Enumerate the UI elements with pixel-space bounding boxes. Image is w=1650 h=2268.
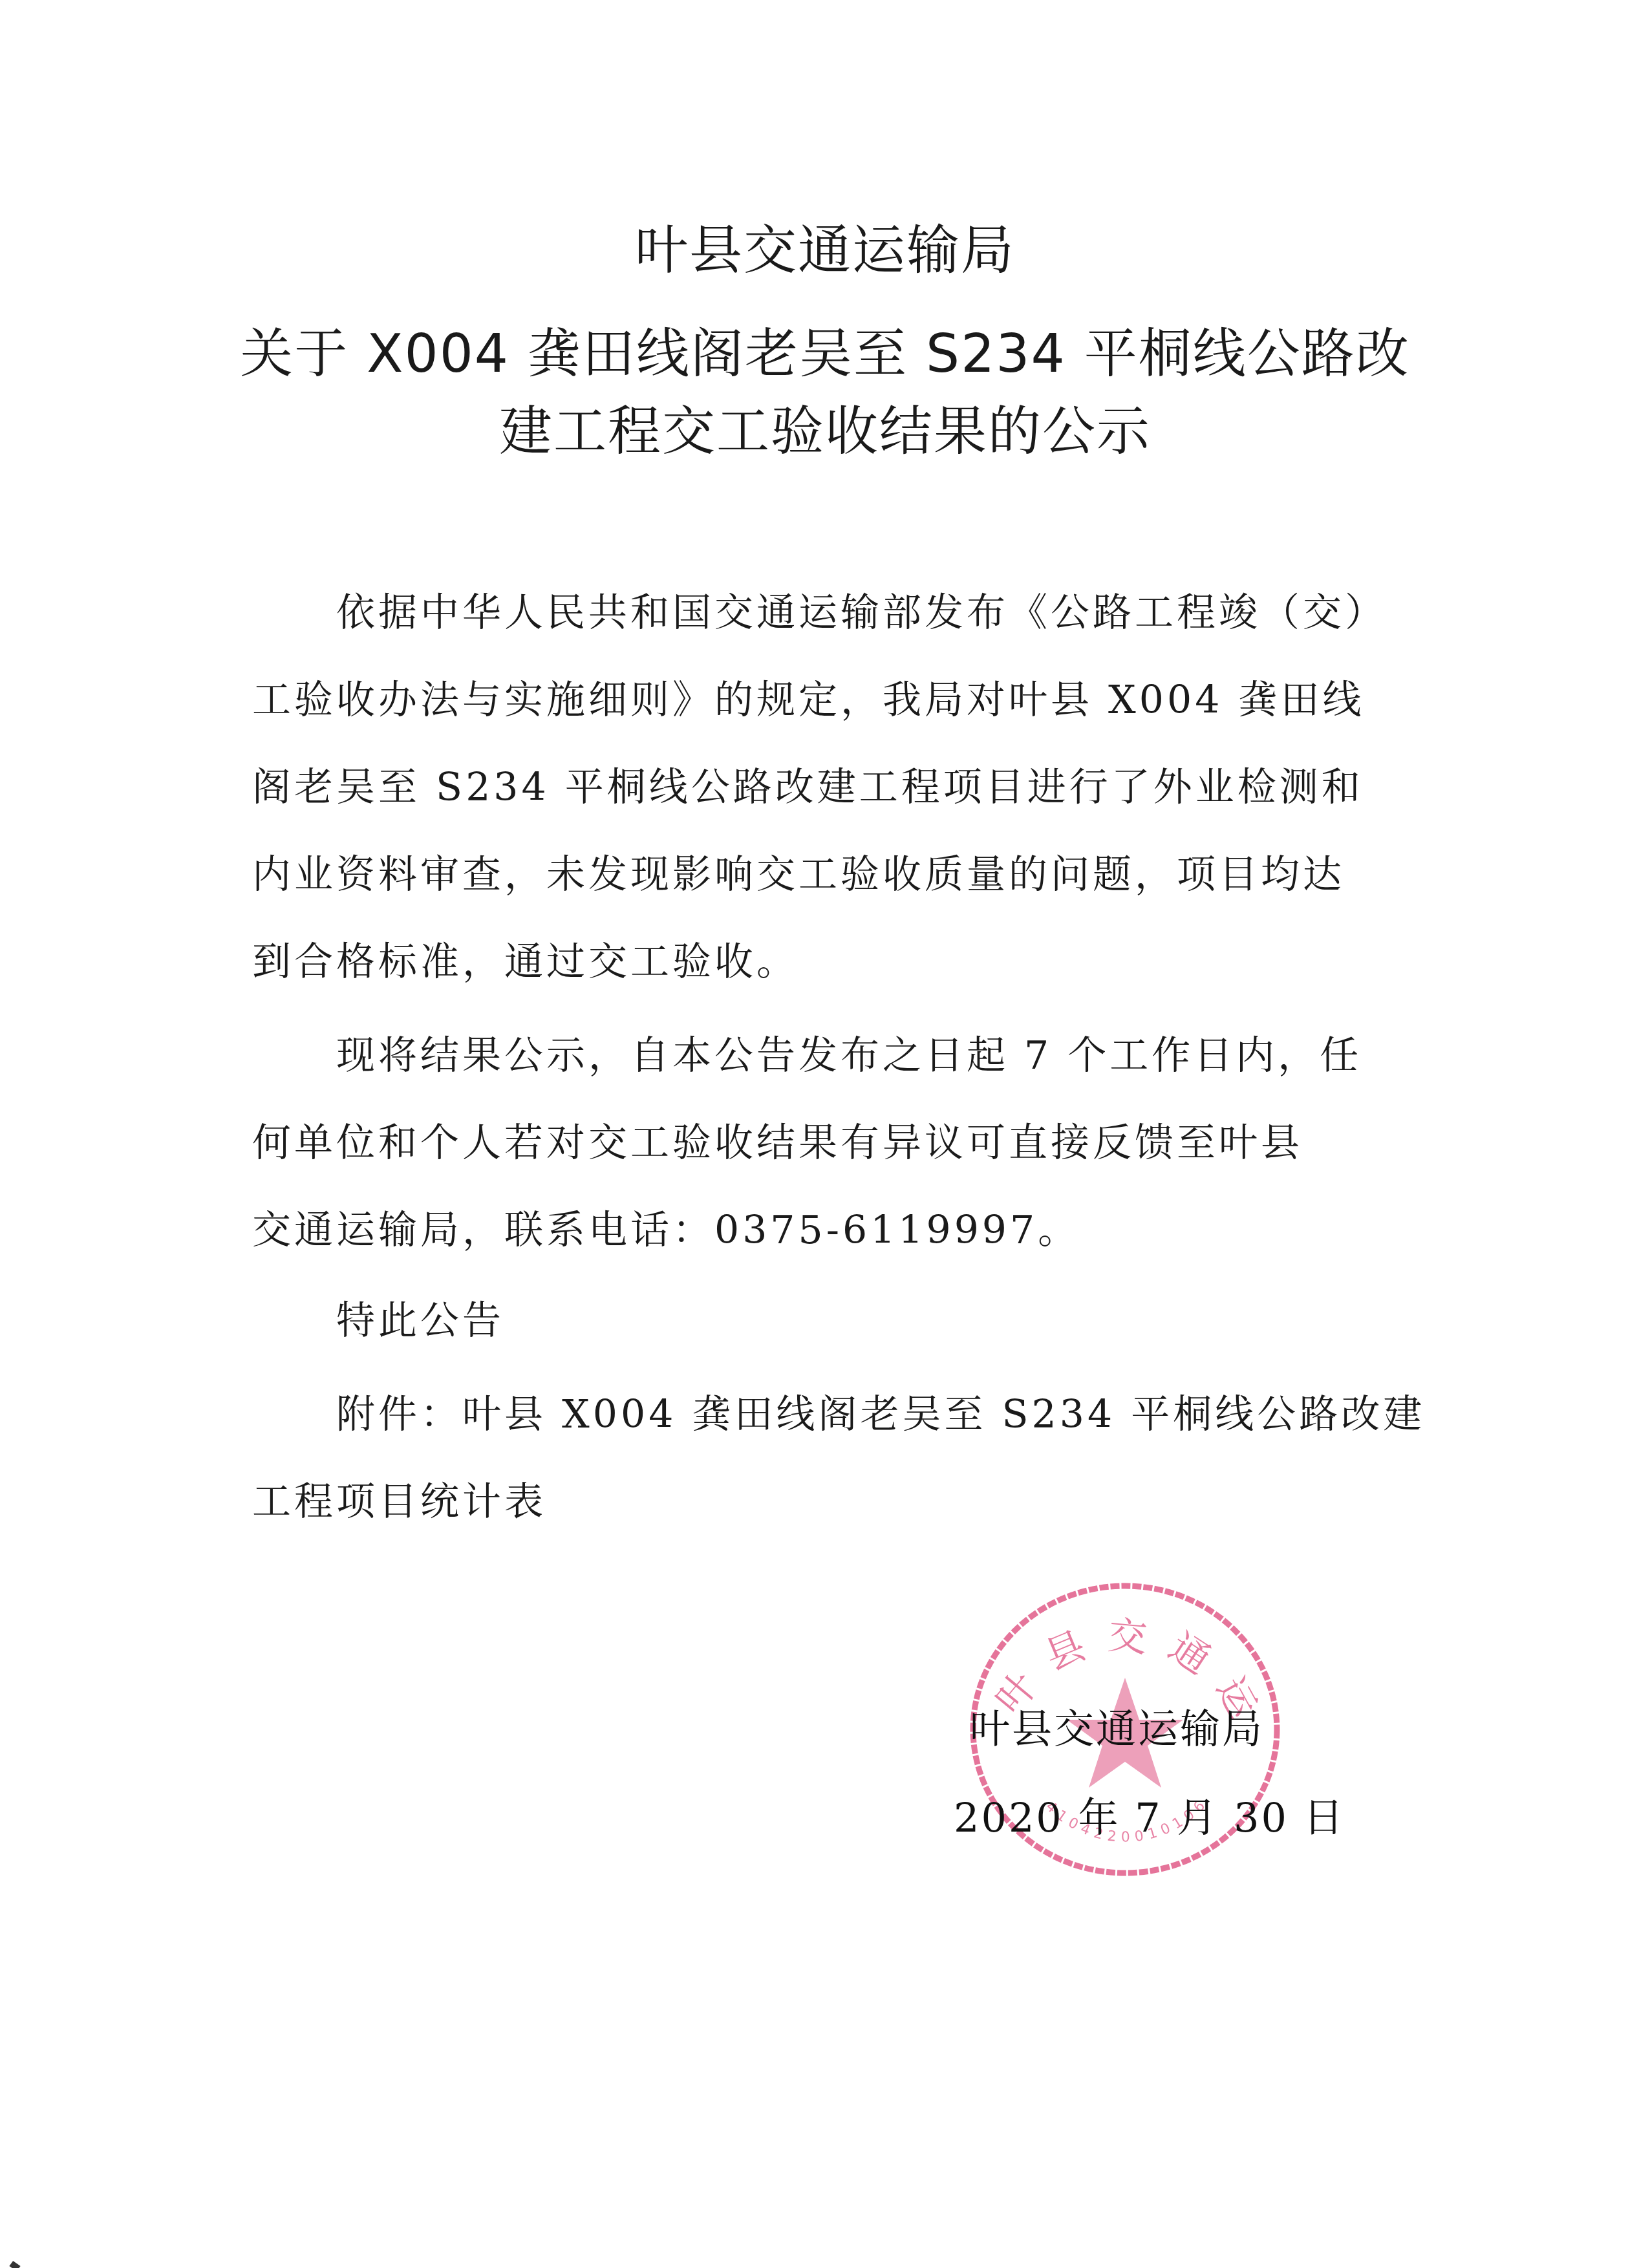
paragraph1-line1: 依据中华人民共和国交通运输部发布《公路工程竣（交）: [336, 582, 1387, 637]
paragraph2-line1: 现将结果公示，自本公告发布之日起 7 个工作日内，任: [336, 1025, 1362, 1080]
signature-date: 2020 年 7 月 30 日: [954, 1786, 1345, 1843]
closing-text: 特此公告: [336, 1290, 504, 1345]
attachment-line2: 工程项目统计表: [252, 1471, 546, 1526]
paragraph1-line3: 阁老吴至 S234 平桐线公路改建工程项目进行了外业检测和: [252, 756, 1364, 812]
scan-artifact: [9, 2261, 20, 2268]
paragraph2-line2: 何单位和个人若对交工验收结果有异议可直接反馈至叶县: [252, 1112, 1303, 1168]
title-subject-line2: 建工程交工验收结果的公示: [0, 389, 1650, 465]
title-issuer: 叶县交通运输局: [0, 208, 1650, 284]
attachment-line1: 附件：叶县 X004 龚田线阁老吴至 S234 平桐线公路改建: [336, 1384, 1425, 1439]
title-subject-line1: 关于 X004 龚田线阁老吴至 S234 平桐线公路改: [0, 312, 1650, 387]
paragraph1-line4: 内业资料审查，未发现影响交工验收质量的问题，项目均达: [252, 844, 1345, 899]
paragraph1-line2: 工验收办法与实施细则》的规定，我局对叶县 X004 龚田线: [252, 669, 1364, 725]
document-page: 叶县交通运输局 关于 X004 龚田线阁老吴至 S234 平桐线公路改 建工程交…: [0, 0, 1650, 2268]
signature-organization: 叶县交通运输局: [970, 1697, 1264, 1755]
paragraph1-line5: 到合格标准，通过交工验收。: [252, 931, 798, 987]
paragraph2-line3: 交通运输局，联系电话：0375-6119997。: [252, 1199, 1080, 1255]
